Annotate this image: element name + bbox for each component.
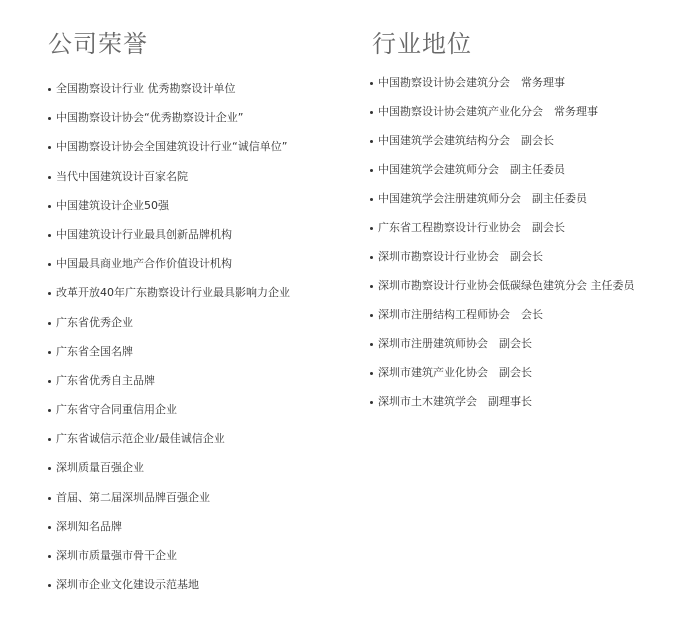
bullet-icon xyxy=(48,117,51,120)
bullet-icon xyxy=(370,401,373,404)
honors-list: 全国勘察设计行业 优秀勘察设计单位 中国勘察设计协会“优秀勘察设计企业” 中国勘… xyxy=(48,79,290,604)
bullet-icon xyxy=(370,256,373,259)
list-item: 深圳市土木建筑学会 副理事长 xyxy=(370,392,635,421)
bullet-icon xyxy=(48,205,51,208)
section-title-industry-position: 行业地位 xyxy=(372,30,472,58)
list-item: 深圳质量百强企业 xyxy=(48,458,290,487)
list-item: 中国勘察设计协会建筑分会 常务理事 xyxy=(370,73,635,102)
list-item: 首届、第二届深圳品牌百强企业 xyxy=(48,488,290,517)
bullet-icon xyxy=(48,467,51,470)
list-item: 中国建筑学会建筑结构分会 副会长 xyxy=(370,131,635,160)
list-item: 中国最具商业地产合作价值设计机构 xyxy=(48,254,290,283)
list-item: 深圳市勘察设计行业协会低碳绿色建筑分会 主任委员 xyxy=(370,276,635,305)
list-item: 深圳市建筑产业化协会 副会长 xyxy=(370,363,635,392)
bullet-icon xyxy=(370,82,373,85)
list-item: 中国勘察设计协会“优秀勘察设计企业” xyxy=(48,108,290,137)
list-item: 当代中国建筑设计百家名院 xyxy=(48,167,290,196)
bullet-icon xyxy=(48,351,51,354)
bullet-icon xyxy=(370,285,373,288)
bullet-icon xyxy=(370,343,373,346)
section-title-company-honors: 公司荣誉 xyxy=(48,30,148,58)
bullet-icon xyxy=(370,198,373,201)
list-item: 广东省工程勘察设计行业协会 副会长 xyxy=(370,218,635,247)
bullet-icon xyxy=(370,314,373,317)
bullet-icon xyxy=(48,497,51,500)
list-item: 中国建筑设计行业最具创新品牌机构 xyxy=(48,225,290,254)
list-item: 深圳市质量强市骨干企业 xyxy=(48,546,290,575)
list-item: 深圳市注册结构工程师协会 会长 xyxy=(370,305,635,334)
list-item: 广东省全国名牌 xyxy=(48,342,290,371)
list-item: 中国建筑设计企业50强 xyxy=(48,196,290,225)
list-item: 中国建筑学会建筑师分会 副主任委员 xyxy=(370,160,635,189)
bullet-icon xyxy=(370,169,373,172)
bullet-icon xyxy=(370,227,373,230)
list-item: 深圳市勘察设计行业协会 副会长 xyxy=(370,247,635,276)
list-item: 广东省守合同重信用企业 xyxy=(48,400,290,429)
list-item: 广东省诚信示范企业/最佳诚信企业 xyxy=(48,429,290,458)
bullet-icon xyxy=(48,292,51,295)
bullet-icon xyxy=(370,111,373,114)
bullet-icon xyxy=(48,438,51,441)
list-item: 中国勘察设计协会建筑产业化分会 常务理事 xyxy=(370,102,635,131)
list-item: 中国建筑学会注册建筑师分会 副主任委员 xyxy=(370,189,635,218)
bullet-icon xyxy=(48,146,51,149)
bullet-icon xyxy=(370,372,373,375)
bullet-icon xyxy=(48,322,51,325)
bullet-icon xyxy=(48,380,51,383)
list-item: 深圳市企业文化建设示范基地 xyxy=(48,575,290,604)
bullet-icon xyxy=(370,140,373,143)
list-item: 广东省优秀企业 xyxy=(48,313,290,342)
bullet-icon xyxy=(48,584,51,587)
bullet-icon xyxy=(48,176,51,179)
industry-position-list: 中国勘察设计协会建筑分会 常务理事 中国勘察设计协会建筑产业化分会 常务理事 中… xyxy=(370,73,635,421)
bullet-icon xyxy=(48,234,51,237)
list-item: 中国勘察设计协会全国建筑设计行业“诚信单位” xyxy=(48,137,290,166)
bullet-icon xyxy=(48,88,51,91)
list-item: 全国勘察设计行业 优秀勘察设计单位 xyxy=(48,79,290,108)
bullet-icon xyxy=(48,555,51,558)
list-item: 深圳市注册建筑师协会 副会长 xyxy=(370,334,635,363)
list-item: 广东省优秀自主品牌 xyxy=(48,371,290,400)
bullet-icon xyxy=(48,263,51,266)
bullet-icon xyxy=(48,526,51,529)
bullet-icon xyxy=(48,409,51,412)
list-item: 深圳知名品牌 xyxy=(48,517,290,546)
list-item: 改革开放40年广东勘察设计行业最具影响力企业 xyxy=(48,283,290,312)
